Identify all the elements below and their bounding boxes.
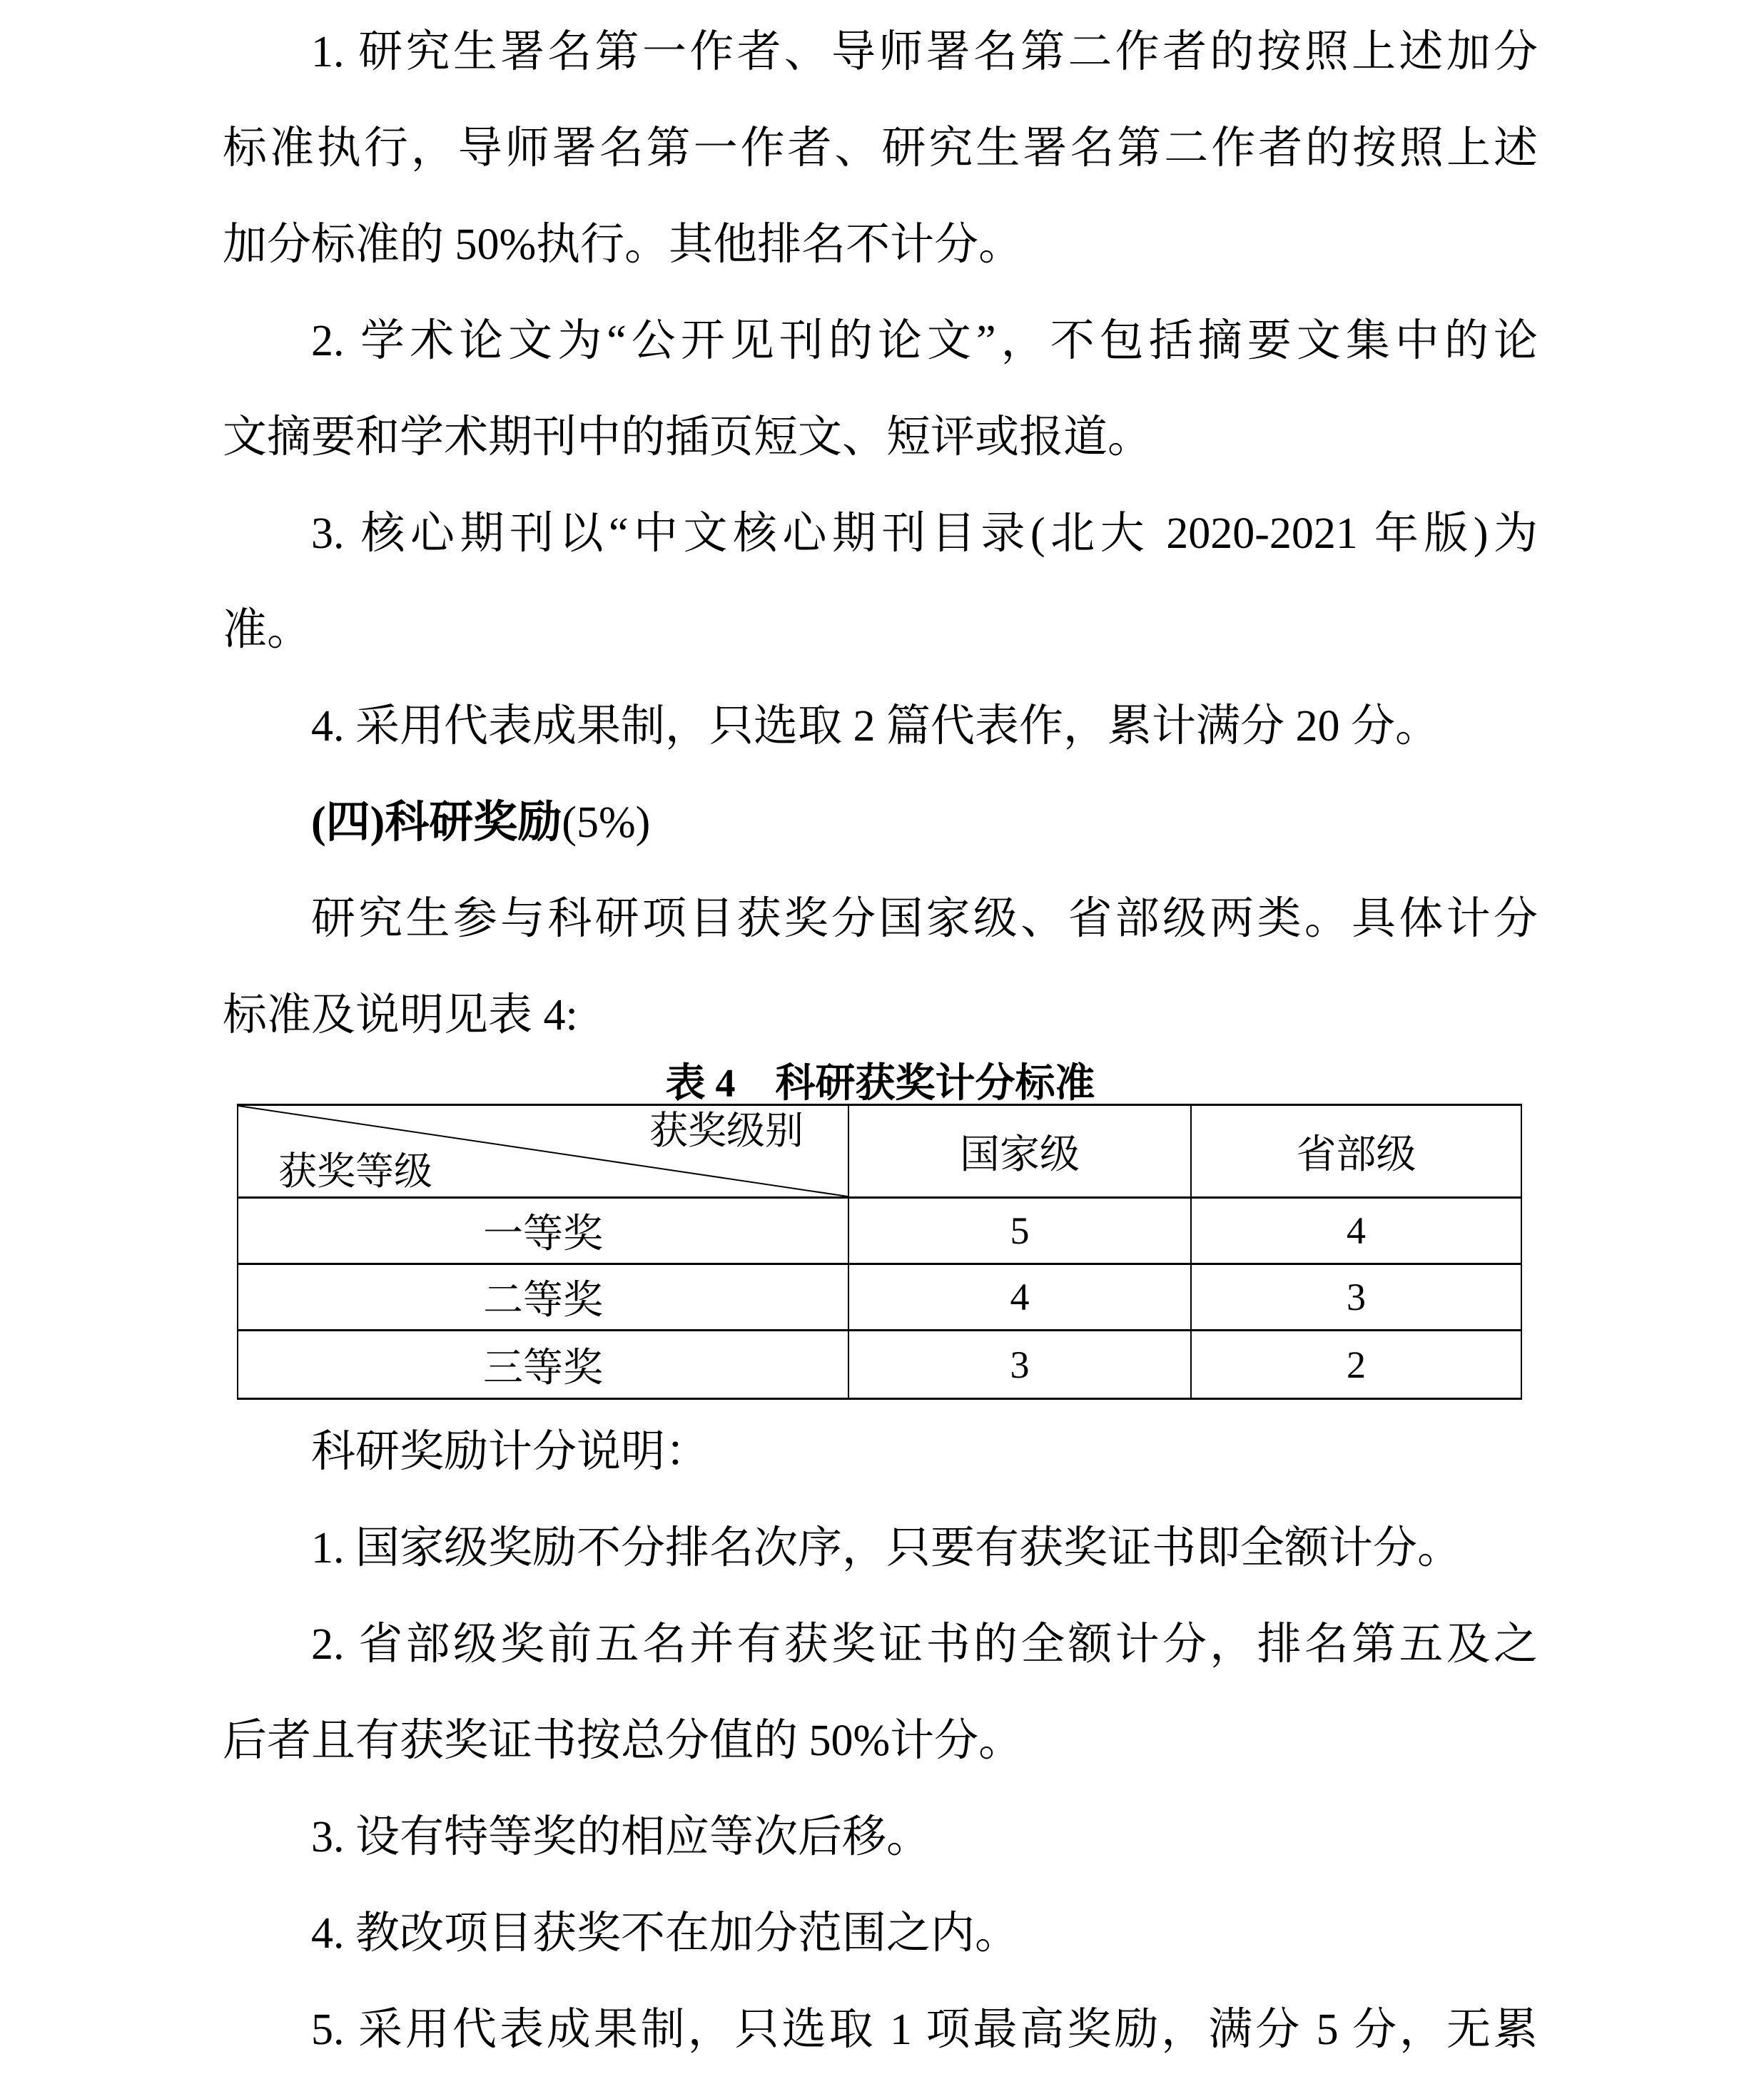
provincial-score-cell: 4 (1192, 1199, 1521, 1263)
provincial-score-cell: 2 (1192, 1331, 1521, 1398)
section-heading: (四)科研奖励(5%) (223, 775, 1538, 871)
note-2-line-1: 2. 省部级奖前五名并有获奖证书的全额计分，排名第五及之 (223, 1597, 1538, 1693)
paragraph-5-line-2: 标准及说明见表 4: (223, 967, 1538, 1064)
paragraph-2-line-1: 2. 学术论文为“公开见刊的论文”，不包括摘要文集中的论 (223, 293, 1538, 390)
paragraph-3-line-1: 3. 核心期刊以“中文核心期刊目录(北大 2020-2021 年版)为 (223, 486, 1538, 582)
section-heading-percent: (5%) (562, 798, 650, 847)
paragraph-1-line-1: 1. 研究生署名第一作者、导师署名第二作者的按照上述加分 (223, 4, 1538, 101)
note-1-line: 1. 国家级奖励不分排名次序，只要有获奖证书即全额计分。 (223, 1500, 1538, 1597)
corner-label-award-level: 获奖级别 (649, 1110, 804, 1152)
notes-intro-line: 科研奖励计分说明： (223, 1404, 1538, 1500)
table-row-second-prize: 二等奖 4 3 (238, 1265, 1521, 1331)
table-row-first-prize: 一等奖 5 4 (238, 1199, 1521, 1265)
note-5-line: 5. 采用代表成果制，只选取 1 项最高奖励，满分 5 分，无累 (223, 1982, 1538, 2078)
award-score-table: 获奖级别 获奖等级 国家级 省部级 一等奖 5 4 二等奖 4 3 三等奖 3 … (237, 1104, 1522, 1400)
table-row-third-prize: 三等奖 3 2 (238, 1331, 1521, 1398)
note-3-line: 3. 设有特等奖的相应等次后移。 (223, 1789, 1538, 1886)
national-score-cell: 4 (849, 1265, 1192, 1329)
grade-cell: 一等奖 (238, 1199, 849, 1263)
paragraph-4-line-1: 4. 采用代表成果制，只选取 2 篇代表作，累计满分 20 分。 (223, 678, 1538, 775)
grade-cell: 二等奖 (238, 1265, 849, 1329)
provincial-score-cell: 3 (1192, 1265, 1521, 1329)
document-page: 1. 研究生署名第一作者、导师署名第二作者的按照上述加分 标准执行，导师署名第一… (0, 0, 1764, 2084)
table-header-row: 获奖级别 获奖等级 国家级 省部级 (238, 1106, 1521, 1199)
paragraph-1-line-2: 标准执行，导师署名第一作者、研究生署名第二作者的按照上述 (223, 101, 1538, 197)
column-header-national: 国家级 (849, 1106, 1192, 1196)
grade-cell: 三等奖 (238, 1331, 849, 1398)
note-4-line: 4. 教改项目获奖不在加分范围之内。 (223, 1886, 1538, 1982)
corner-label-award-grade: 获奖等级 (278, 1151, 432, 1192)
paragraph-3-line-2: 准。 (223, 582, 1538, 678)
paragraph-1-line-3: 加分标准的 50%执行。其他排名不计分。 (223, 197, 1538, 293)
paragraph-4-text: 4. 采用代表成果制，只选取 2 篇代表作，累计满分 20 分。 (311, 702, 1439, 751)
paragraph-5-line-1: 研究生参与科研项目获奖分国家级、省部级两类。具体计分 (223, 871, 1538, 967)
column-header-provincial: 省部级 (1192, 1106, 1521, 1196)
paragraph-2-line-2: 文摘要和学术期刊中的插页短文、短评或报道。 (223, 390, 1538, 486)
table-corner-cell: 获奖级别 获奖等级 (238, 1106, 849, 1196)
note-2-line-2: 后者且有获奖证书按总分值的 50%计分。 (223, 1693, 1538, 1789)
section-heading-title: (四)科研奖励 (311, 798, 562, 847)
national-score-cell: 5 (849, 1199, 1192, 1263)
table-caption: 表 4 科研获奖计分标准 (223, 1064, 1538, 1104)
national-score-cell: 3 (849, 1331, 1192, 1398)
